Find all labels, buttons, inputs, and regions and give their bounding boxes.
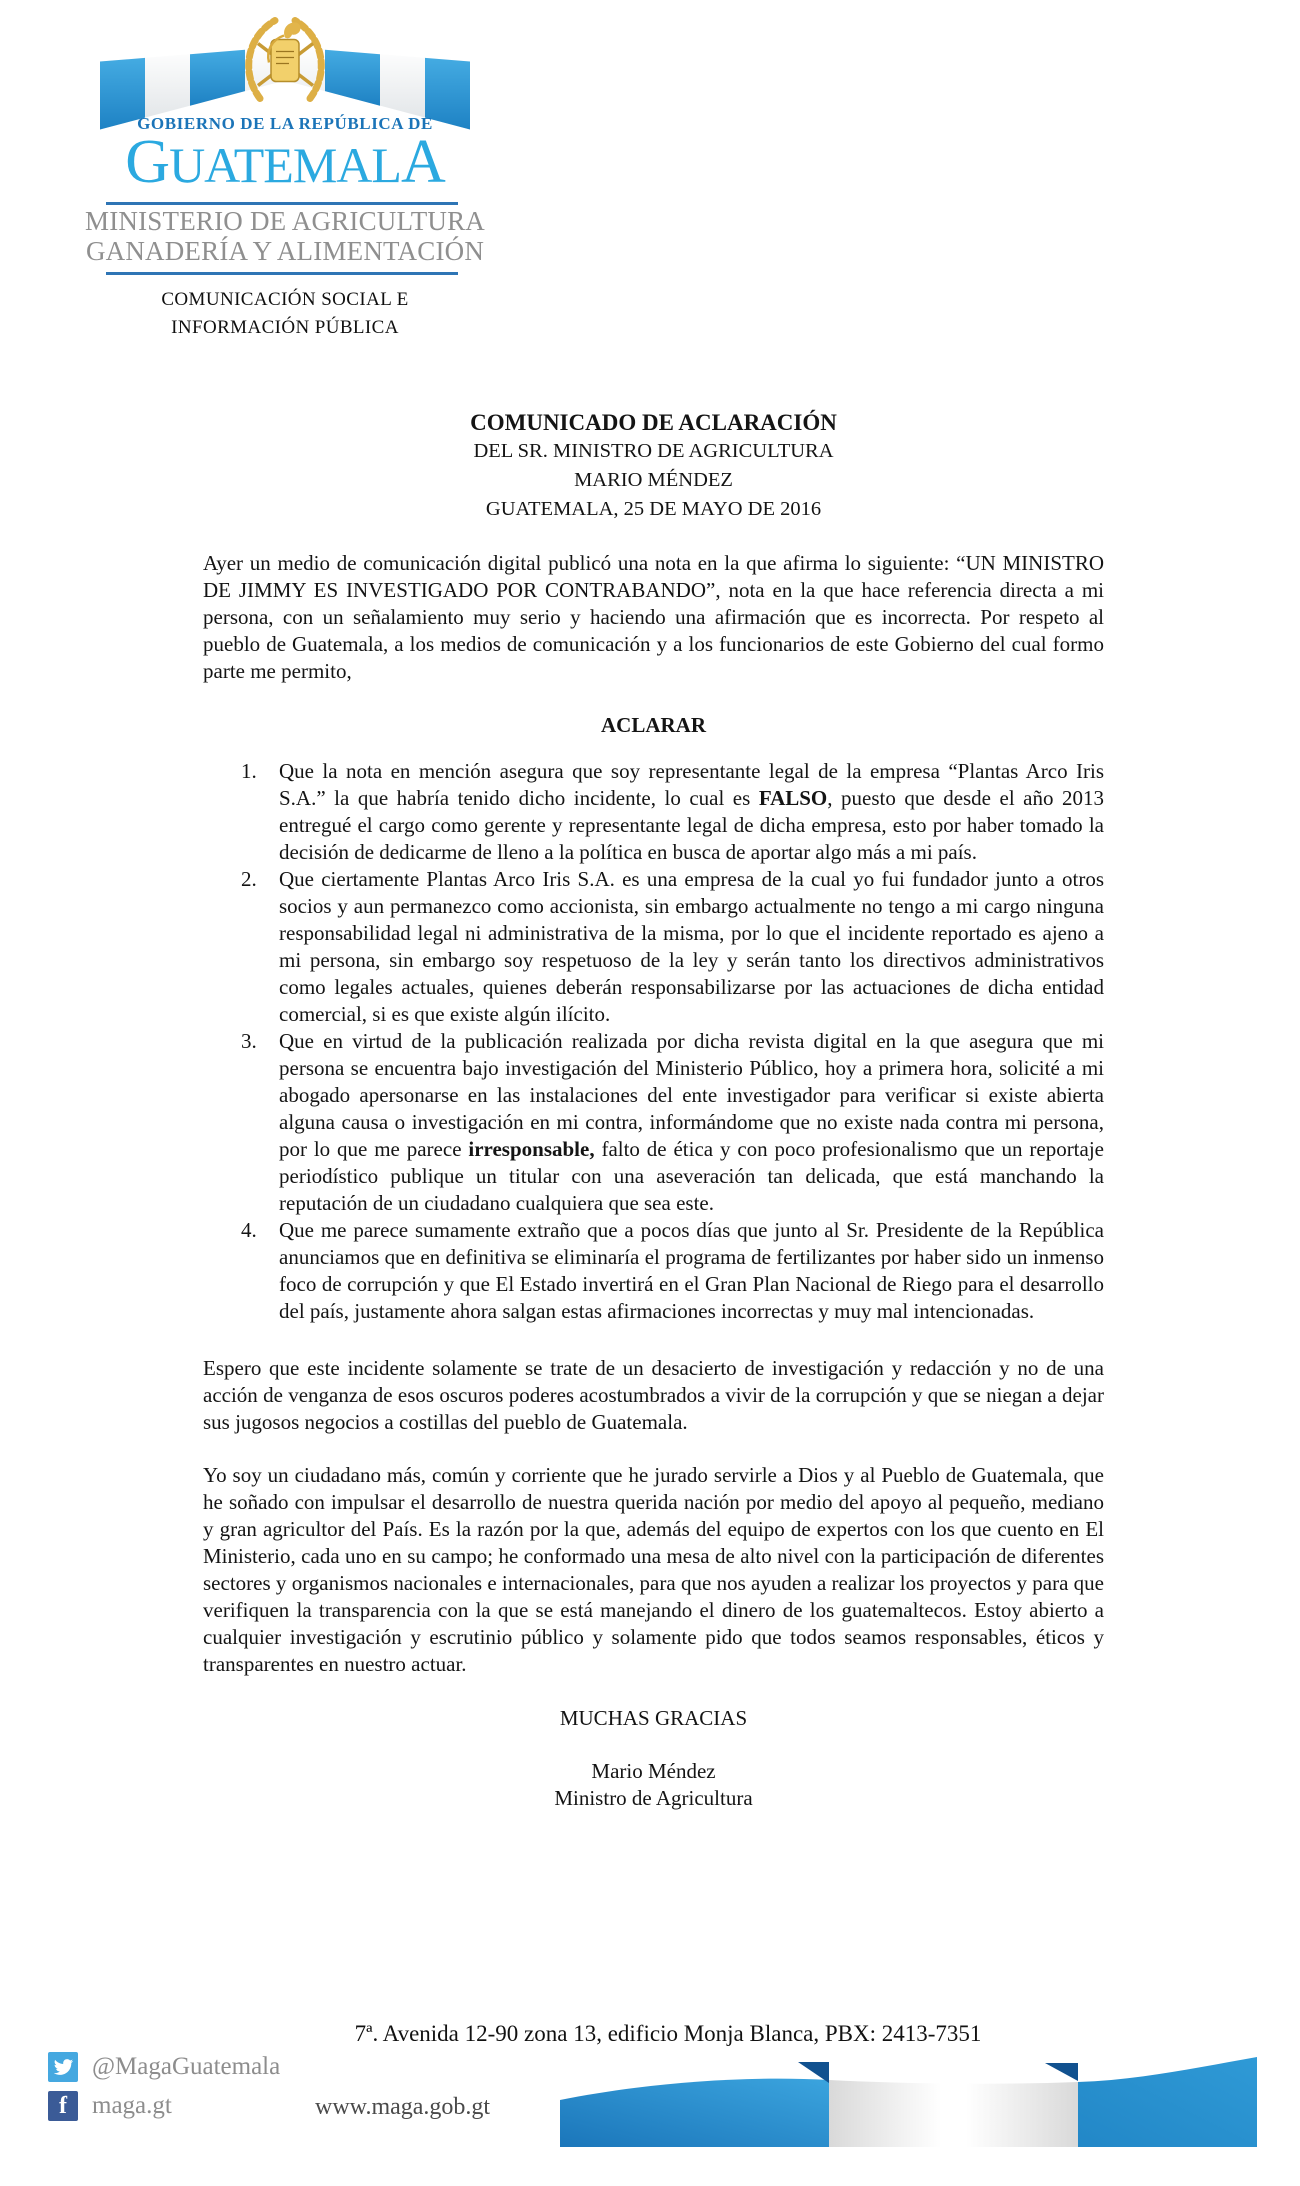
list-item-text: Que la nota en mención asegura que soy r… [279, 758, 1104, 866]
signature-block: Mario Méndez Ministro de Agricultura [203, 1758, 1104, 1812]
country-wordmark: GUATEMALA [95, 128, 475, 212]
list-item: 3.Que en virtud de la publicación realiz… [203, 1028, 1104, 1217]
list-item: 1.Que la nota en mención asegura que soy… [203, 758, 1104, 866]
section-heading: ACLARAR [203, 712, 1104, 739]
signature-title: Ministro de Agricultura [203, 1785, 1104, 1812]
country-wordmark-mid: UATEMAL [169, 137, 401, 193]
twitter-row: @MagaGuatemala [48, 2052, 280, 2082]
doc-subtitle-minister: DEL SR. MINISTRO DE AGRICULTURA [203, 437, 1104, 466]
list-item-number: 2. [241, 866, 257, 893]
department-line-2: INFORMACIÓN PÚBLICA [85, 314, 485, 342]
closing-paragraph-2: Yo soy un ciudadano más, común y corrien… [203, 1462, 1104, 1678]
ministry-name: MINISTERIO DE AGRICULTURA GANADERÍA Y AL… [85, 206, 485, 266]
divider-rule-bottom [106, 272, 458, 275]
ministry-line-2: GANADERÍA Y ALIMENTACIÓN [85, 236, 485, 266]
twitter-handle: @MagaGuatemala [92, 2053, 280, 2081]
document-page: { "logo": { "government_line": "GOBIERNO… [0, 0, 1300, 2186]
list-item-number: 1. [241, 758, 257, 785]
department-name: COMUNICACIÓN SOCIAL E INFORMACIÓN PÚBLIC… [85, 286, 485, 342]
twitter-icon [48, 2052, 78, 2082]
list-item: 2.Que ciertamente Plantas Arco Iris S.A.… [203, 866, 1104, 1028]
country-wordmark-last: A [401, 128, 445, 196]
divider-rule-top [106, 202, 458, 205]
closing-paragraph-1: Espero que este incidente solamente se t… [203, 1355, 1104, 1436]
list-item-text: Que me parece sumamente extraño que a po… [279, 1217, 1104, 1325]
website-url: www.maga.gob.gt [315, 2094, 490, 2121]
list-item-number: 4. [241, 1217, 257, 1244]
facebook-handle: maga.gt [92, 2092, 172, 2120]
document-body: COMUNICADO DE ACLARACIÓN DEL SR. MINISTR… [203, 408, 1104, 1812]
footer-address: 7ª. Avenida 12-90 zona 13, edificio Monj… [203, 2021, 1133, 2047]
facebook-row: f maga.gt [48, 2091, 172, 2121]
department-line-1: COMUNICACIÓN SOCIAL E [85, 286, 485, 314]
list-item: 4.Que me parece sumamente extraño que a … [203, 1217, 1104, 1325]
ministry-line-1: MINISTERIO DE AGRICULTURA [85, 206, 485, 236]
thanks-line: MUCHAS GRACIAS [203, 1705, 1104, 1732]
list-item-text: Que en virtud de la publicación realizad… [279, 1028, 1104, 1217]
doc-subtitle-dateline: GUATEMALA, 25 DE MAYO DE 2016 [203, 495, 1104, 524]
facebook-icon: f [48, 2091, 78, 2121]
title-block: COMUNICADO DE ACLARACIÓN DEL SR. MINISTR… [203, 408, 1104, 524]
clarification-list: 1.Que la nota en mención asegura que soy… [203, 758, 1104, 1325]
country-wordmark-first: G [125, 128, 169, 196]
doc-title: COMUNICADO DE ACLARACIÓN [203, 408, 1104, 437]
letterhead: GOBIERNO DE LA REPÚBLICA DE GUATEMALA MI… [0, 0, 520, 360]
footer-flag-ribbon-graphic [550, 2050, 1260, 2150]
intro-paragraph: Ayer un medio de comunicación digital pu… [203, 550, 1104, 685]
doc-subtitle-name: MARIO MÉNDEZ [203, 466, 1104, 495]
signature-name: Mario Méndez [203, 1758, 1104, 1785]
list-item-text: Que ciertamente Plantas Arco Iris S.A. e… [279, 866, 1104, 1028]
list-item-number: 3. [241, 1028, 257, 1055]
